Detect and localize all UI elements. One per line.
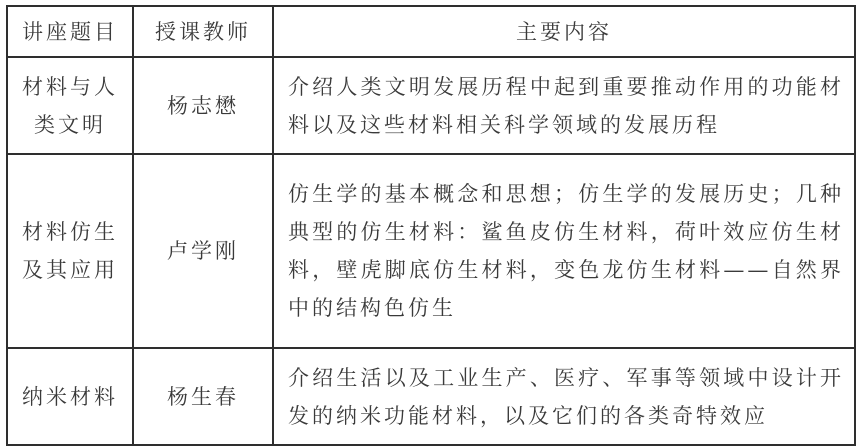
content-cell: 介绍人类文明发展历程中起到重要推动作用的功能材料以及这些材料相关科学领域的发展历… — [273, 57, 855, 154]
teacher-cell: 杨生春 — [133, 348, 273, 445]
teacher-cell: 卢学刚 — [133, 154, 273, 348]
table-row: 材料与人类文明 杨志懋 介绍人类文明发展历程中起到重要推动作用的功能材料以及这些… — [7, 57, 855, 154]
header-teacher: 授课教师 — [133, 6, 273, 57]
topic-cell: 纳米材料 — [7, 348, 133, 445]
lecture-table: 讲座题目 授课教师 主要内容 材料与人类文明 杨志懋 介绍人类文明发展历程中起到… — [6, 5, 856, 446]
header-topic: 讲座题目 — [7, 6, 133, 57]
teacher-cell: 杨志懋 — [133, 57, 273, 154]
content-cell: 仿生学的基本概念和思想；仿生学的发展历史；几种典型的仿生材料：鲨鱼皮仿生材料，荷… — [273, 154, 855, 348]
header-content: 主要内容 — [273, 6, 855, 57]
table-row: 材料仿生及其应用 卢学刚 仿生学的基本概念和思想；仿生学的发展历史；几种典型的仿… — [7, 154, 855, 348]
topic-cell: 材料与人类文明 — [7, 57, 133, 154]
table-row: 纳米材料 杨生春 介绍生活以及工业生产、医疗、军事等领域中设计开发的纳米功能材料… — [7, 348, 855, 445]
content-cell: 介绍生活以及工业生产、医疗、军事等领域中设计开发的纳米功能材料，以及它们的各类奇… — [273, 348, 855, 445]
table-header-row: 讲座题目 授课教师 主要内容 — [7, 6, 855, 57]
topic-cell: 材料仿生及其应用 — [7, 154, 133, 348]
